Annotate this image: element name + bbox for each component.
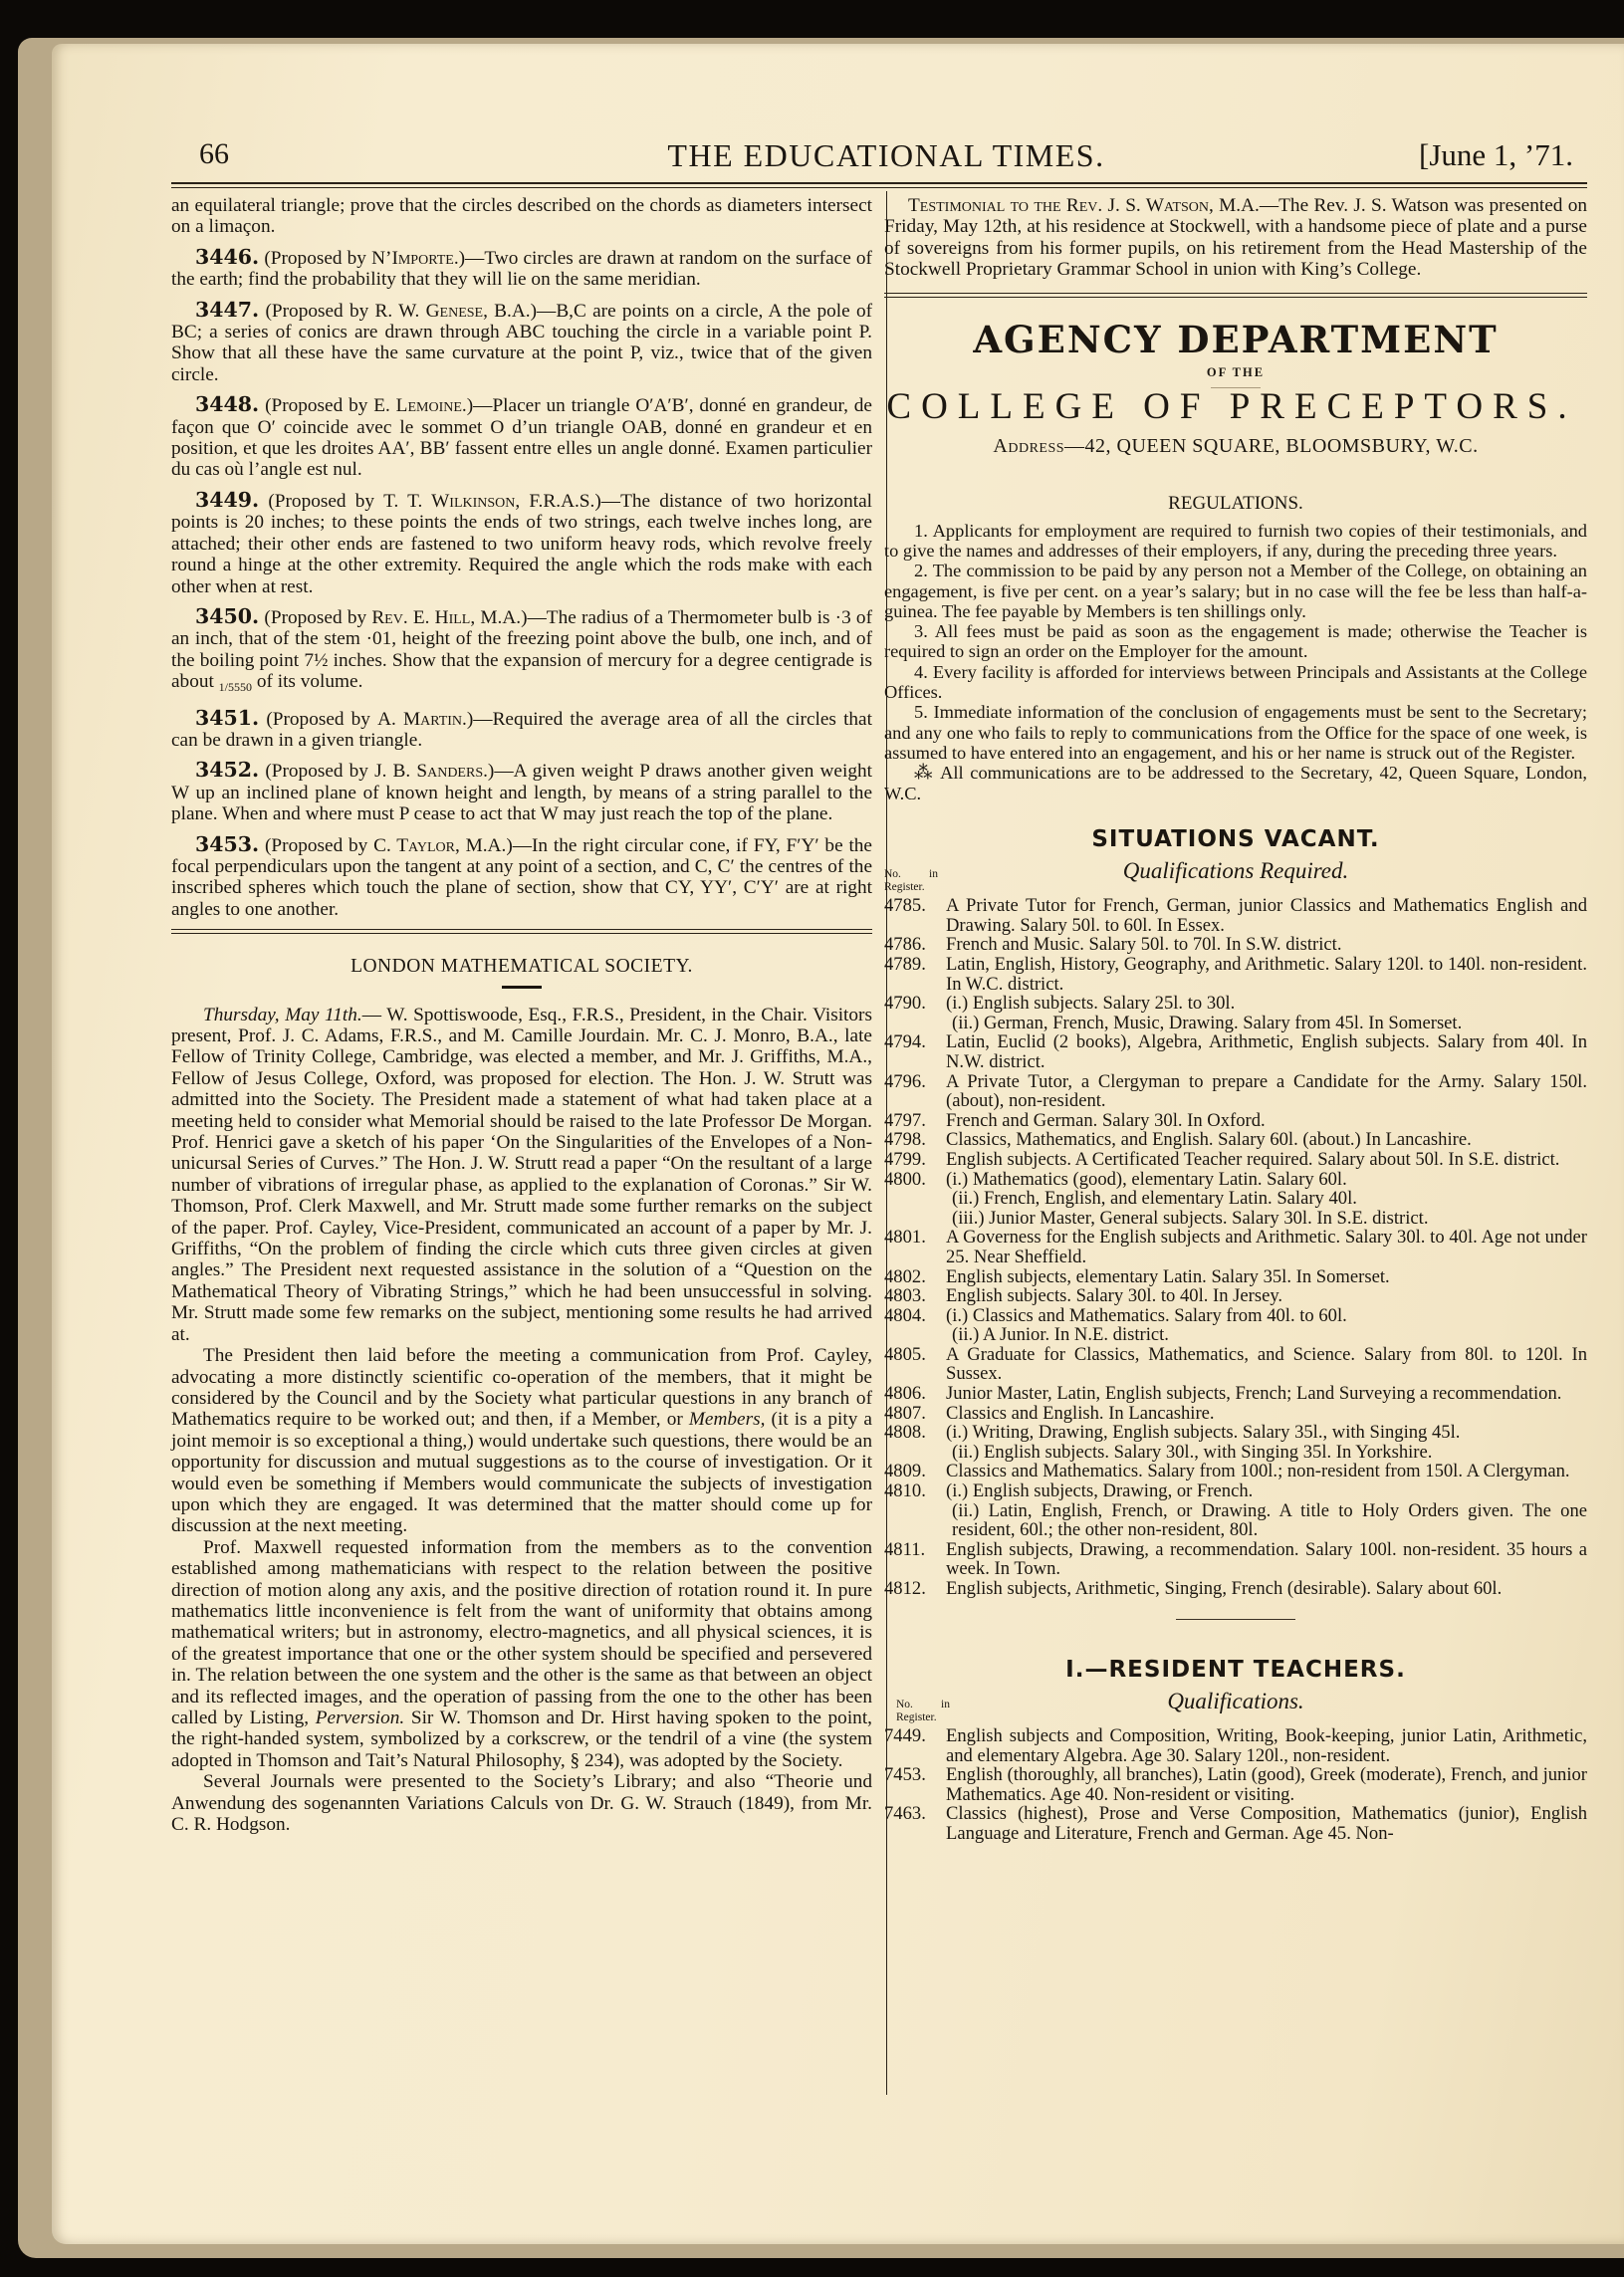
- title-ornament-rule: [502, 986, 542, 989]
- register-number: 4789.: [884, 955, 946, 994]
- proposer-name: N’Importe: [371, 248, 454, 269]
- entry-text: English subjects. Salary 30l. to 40l. In…: [946, 1286, 1587, 1306]
- entry-text: English subjects, Arithmetic, Singing, F…: [946, 1579, 1587, 1599]
- register-number: 4811.: [884, 1540, 946, 1579]
- meeting-date: Thursday, May 11th.: [203, 1005, 362, 1025]
- register-number: 4809.: [884, 1462, 946, 1481]
- problem-number: 3446.: [195, 245, 259, 269]
- regulations-title: REGULATIONS.: [884, 493, 1587, 514]
- regulation-item: 4. Every facility is afforded for interv…: [884, 662, 1587, 703]
- resident-column-header: No. in Register. Qualifications.: [884, 1691, 1587, 1726]
- section-separator: [1176, 1619, 1295, 1620]
- register-entry: 4785.A Private Tutor for French, German,…: [884, 896, 1587, 935]
- testimonial-notice: Testimonial to the Rev. J. S. Watson, M.…: [884, 195, 1587, 281]
- agency-title: AGENCY DEPARTMENT: [884, 330, 1587, 350]
- register-number: 4796.: [884, 1072, 946, 1111]
- left-column: an equilateral triangle; prove that the …: [171, 195, 872, 1835]
- proposer-name: T. T. Wilkinson, F.R.A.S.: [383, 491, 594, 512]
- register-number: 4794.: [884, 1032, 946, 1071]
- register-entry: 4805.A Graduate for Classics, Mathematic…: [884, 1345, 1587, 1384]
- register-number: 4803.: [884, 1286, 946, 1306]
- register-entry: 4790.(i.) English subjects. Salary 25l. …: [884, 994, 1587, 1032]
- register-number: 4807.: [884, 1404, 946, 1424]
- situations-vacant-title: SITUATIONS VACANT.: [884, 829, 1587, 850]
- register-number: 7453.: [884, 1765, 946, 1804]
- proposer-name: J. B. Sanders: [374, 761, 483, 782]
- regulation-item: 5. Immediate information of the conclusi…: [884, 702, 1587, 763]
- register-number-label: No. in Register.: [896, 1699, 950, 1724]
- register-number: 4797.: [884, 1111, 946, 1131]
- running-head: 66 THE EDUCATIONAL TIMES. [June 1, ’71.: [199, 137, 1573, 181]
- entry-text: (i.) Mathematics (good), elementary Lati…: [946, 1170, 1587, 1229]
- register-entry: 4789.Latin, English, History, Geography,…: [884, 955, 1587, 994]
- register-entry: 4810.(i.) English subjects, Drawing, or …: [884, 1481, 1587, 1540]
- register-number: 4808.: [884, 1423, 946, 1462]
- register-entry: 4807.Classics and English. In Lancashire…: [884, 1404, 1587, 1424]
- entry-subitem: (ii.) Latin, English, French, or Drawing…: [946, 1501, 1587, 1540]
- register-entry: 7463.Classics (highest), Prose and Verse…: [884, 1804, 1587, 1843]
- problem-number: 3453.: [195, 832, 259, 856]
- entry-subitem: (ii.) A Junior. In N.E. district.: [946, 1325, 1587, 1345]
- entry-subitem: (ii.) German, French, Music, Drawing. Sa…: [946, 1014, 1587, 1033]
- resident-teachers-table: 7449.English subjects and Composition, W…: [884, 1726, 1587, 1844]
- problem-item: 3453. (Proposed by C. Taylor, M.A.)—In t…: [171, 834, 872, 921]
- entry-text: French and German. Salary 30l. In Oxford…: [946, 1111, 1587, 1131]
- entry-subitem: (ii.) French, English, and elementary La…: [946, 1189, 1587, 1209]
- register-entry: 4811.English subjects, Drawing, a recomm…: [884, 1540, 1587, 1579]
- entry-text: A Governess for the English subjects and…: [946, 1228, 1587, 1266]
- register-entry: 4798.Classics, Mathematics, and English.…: [884, 1130, 1587, 1150]
- register-number-label: No. in Register.: [884, 868, 938, 894]
- register-entry: 7453.English (thoroughly, all branches),…: [884, 1765, 1587, 1804]
- register-number: 7449.: [884, 1726, 946, 1765]
- entry-text: English subjects and Composition, Writin…: [946, 1726, 1587, 1765]
- society-report-paragraph: Thursday, May 11th.— W. Spottiswoode, Es…: [171, 1005, 872, 1346]
- register-number: 4806.: [884, 1384, 946, 1404]
- register-entry: 4801.A Governess for the English subject…: [884, 1228, 1587, 1266]
- register-number: 4799.: [884, 1150, 946, 1170]
- entry-text: Latin, Euclid (2 books), Algebra, Arithm…: [946, 1032, 1587, 1071]
- entry-text: English subjects, Drawing, a recommendat…: [946, 1540, 1587, 1579]
- agency-of-the: OF THE: [884, 362, 1587, 383]
- register-entry: 4799.English subjects. A Certificated Te…: [884, 1150, 1587, 1170]
- register-entry: 4809.Classics and Mathematics. Salary fr…: [884, 1462, 1587, 1481]
- society-title: LONDON MATHEMATICAL SOCIETY.: [171, 956, 872, 977]
- entry-text: A Graduate for Classics, Mathematics, an…: [946, 1345, 1587, 1384]
- problem-number: 3447.: [195, 298, 259, 322]
- register-number: 4802.: [884, 1267, 946, 1287]
- section-rule: [884, 293, 1587, 298]
- regulations-list: 1. Applicants for employment are require…: [884, 521, 1587, 803]
- header-rule: [171, 182, 1587, 184]
- testimonial-heading: Testimonial to the Rev. J. S. Watson, M.…: [908, 195, 1260, 216]
- masthead-title: THE EDUCATIONAL TIMES.: [199, 137, 1573, 174]
- entry-text: Classics and English. In Lancashire.: [946, 1404, 1587, 1424]
- qualifications-required-subtitle: Qualifications Required.: [884, 860, 1587, 881]
- entry-text: English subjects, elementary Latin. Sala…: [946, 1267, 1587, 1287]
- society-report-paragraph: Several Journals were presented to the S…: [171, 1771, 872, 1835]
- problem-item: 3447. (Proposed by R. W. Genese, B.A.)—B…: [171, 300, 872, 386]
- register-entry: 4803.English subjects. Salary 30l. to 40…: [884, 1286, 1587, 1306]
- register-number: 4800.: [884, 1170, 946, 1229]
- proposer-name: C. Taylor, M.A.: [373, 835, 506, 856]
- register-entry: 4808.(i.) Writing, Drawing, English subj…: [884, 1423, 1587, 1462]
- entry-text: English subjects. A Certificated Teacher…: [946, 1150, 1587, 1170]
- entry-text: Classics and Mathematics. Salary from 10…: [946, 1462, 1587, 1481]
- problem-item: 3452. (Proposed by J. B. Sanders.)—A giv…: [171, 760, 872, 824]
- proposer-name: R. W. Genese, B.A.: [375, 301, 531, 322]
- college-name: COLLEGE OF PRECEPTORS.: [876, 396, 1587, 417]
- entry-text: (i.) Writing, Drawing, English subjects.…: [946, 1423, 1587, 1462]
- problem-number: 3452.: [195, 758, 259, 782]
- proposer-name: A. Martin: [377, 709, 462, 730]
- register-entry: 4796.A Private Tutor, a Clergyman to pre…: [884, 1072, 1587, 1111]
- register-entry: 4797.French and German. Salary 30l. In O…: [884, 1111, 1587, 1131]
- entry-text: (i.) English subjects. Salary 25l. to 30…: [946, 994, 1587, 1032]
- register-entry: 4812.English subjects, Arithmetic, Singi…: [884, 1579, 1587, 1599]
- header-rule-secondary: [171, 187, 1587, 188]
- problems-list: 3446. (Proposed by N’Importe.)—Two circl…: [171, 247, 872, 920]
- issue-date: [June 1, ’71.: [1419, 137, 1573, 173]
- problem-number: 3450.: [195, 604, 259, 628]
- entry-text: A Private Tutor for French, German, juni…: [946, 896, 1587, 935]
- entry-subitem: (iii.) Junior Master, General subjects. …: [946, 1209, 1587, 1229]
- register-entry: 4806.Junior Master, Latin, English subje…: [884, 1384, 1587, 1404]
- problem-item: 3448. (Proposed by E. Lemoine.)—Placer u…: [171, 394, 872, 481]
- regulation-item: 3. All fees must be paid as soon as the …: [884, 621, 1587, 662]
- register-number: 4790.: [884, 994, 946, 1032]
- regulation-item: ⁂ All communications are to be addressed…: [884, 763, 1587, 803]
- entry-text: Junior Master, Latin, English subjects, …: [946, 1384, 1587, 1404]
- register-number: 4804.: [884, 1306, 946, 1345]
- register-number: 4798.: [884, 1130, 946, 1150]
- entry-text: English (thoroughly, all branches), Lati…: [946, 1765, 1587, 1804]
- register-number: 4786.: [884, 935, 946, 955]
- entry-text: Classics (highest), Prose and Verse Comp…: [946, 1804, 1587, 1843]
- register-entry: 4786.French and Music. Salary 50l. to 70…: [884, 935, 1587, 955]
- problem-number: 3451.: [195, 706, 259, 730]
- register-number: 7463.: [884, 1804, 946, 1843]
- register-entry: 7449.English subjects and Composition, W…: [884, 1726, 1587, 1765]
- situations-column-header: No. in Register. Qualifications Required…: [884, 860, 1587, 896]
- register-entry: 4802.English subjects, elementary Latin.…: [884, 1267, 1587, 1287]
- problem-number: 3449.: [195, 488, 259, 512]
- entry-text: Classics, Mathematics, and English. Sala…: [946, 1130, 1587, 1150]
- resident-teachers-title: I.—RESIDENT TEACHERS.: [884, 1660, 1587, 1681]
- problem-item: 3446. (Proposed by N’Importe.)—Two circl…: [171, 247, 872, 291]
- entry-text: Latin, English, History, Geography, and …: [946, 955, 1587, 994]
- situations-vacant-table: 4785.A Private Tutor for French, German,…: [884, 896, 1587, 1598]
- register-number: 4812.: [884, 1579, 946, 1599]
- agency-address: Address—42, QUEEN SQUARE, BLOOMSBURY, W.…: [884, 436, 1587, 457]
- problem-number: 3448.: [195, 392, 259, 416]
- entry-text: (i.) Classics and Mathematics. Salary fr…: [946, 1306, 1587, 1345]
- register-number: 4810.: [884, 1481, 946, 1540]
- register-number: 4805.: [884, 1345, 946, 1384]
- register-entry: 4804.(i.) Classics and Mathematics. Sala…: [884, 1306, 1587, 1345]
- entry-text: (i.) English subjects, Drawing, or Frenc…: [946, 1481, 1587, 1540]
- section-rule: [171, 929, 872, 934]
- problem-item: 3450. (Proposed by Rev. E. Hill, M.A.)—T…: [171, 606, 872, 699]
- register-entry: 4800.(i.) Mathematics (good), elementary…: [884, 1170, 1587, 1229]
- right-column: Testimonial to the Rev. J. S. Watson, M.…: [884, 195, 1587, 1844]
- qualifications-subtitle: Qualifications.: [884, 1691, 1587, 1711]
- society-report-paragraph: Prof. Maxwell requested information from…: [171, 1537, 872, 1771]
- register-entry: 4794.Latin, Euclid (2 books), Algebra, A…: [884, 1032, 1587, 1071]
- entry-subitem: (ii.) English subjects. Salary 30l., wit…: [946, 1443, 1587, 1463]
- register-number: 4785.: [884, 896, 946, 935]
- regulation-item: 2. The commission to be paid by any pers…: [884, 561, 1587, 621]
- problem-item: 3449. (Proposed by T. T. Wilkinson, F.R.…: [171, 490, 872, 597]
- society-report-paragraph: The President then laid before the meeti…: [171, 1345, 872, 1537]
- entry-text: A Private Tutor, a Clergyman to prepare …: [946, 1072, 1587, 1111]
- proposer-name: Rev. E. Hill, M.A.: [371, 607, 521, 628]
- fraction: 1/5550: [219, 680, 252, 694]
- regulation-item: 1. Applicants for employment are require…: [884, 521, 1587, 562]
- continued-problem-text: an equilateral triangle; prove that the …: [171, 195, 872, 238]
- entry-text: French and Music. Salary 50l. to 70l. In…: [946, 935, 1587, 955]
- proposer-name: E. Lemoine: [373, 395, 462, 416]
- register-number: 4801.: [884, 1228, 946, 1266]
- problem-item: 3451. (Proposed by A. Martin.)—Required …: [171, 708, 872, 752]
